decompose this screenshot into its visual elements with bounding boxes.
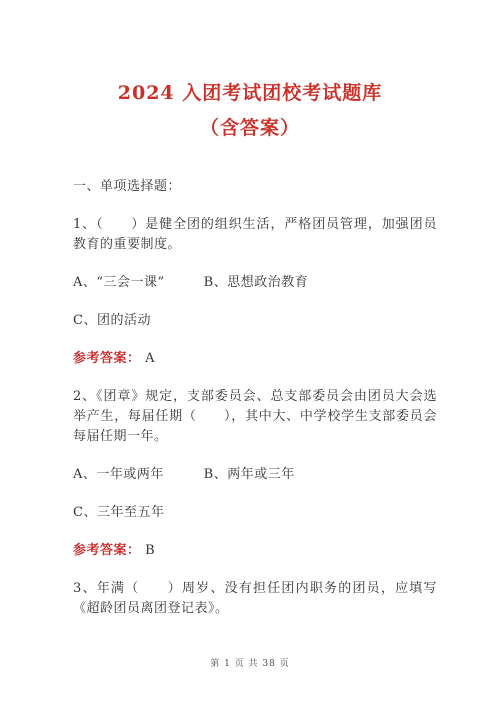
question-1-options-ab: A、“三会一课” B、思想政治教育 [73, 273, 437, 293]
question-1-option-c: C、团的活动 [73, 311, 437, 331]
question-2-option-c: C、三年至五年 [73, 503, 437, 523]
question-1-answer-label: 参考答案： [73, 351, 141, 366]
document-page: 2024 入团考试团校考试题库 （含答案） 一、单项选择题： 1、（ ）是健全团… [0, 0, 500, 707]
title-block: 2024 入团考试团校考试题库 （含答案） [0, 0, 500, 141]
section-heading: 一、单项选择题： [73, 177, 437, 197]
doc-subtitle: （含答案） [0, 115, 500, 141]
document-body: 一、单项选择题： 1、（ ）是健全团的组织生活，严格团员管理，加强团员教育的重要… [73, 177, 437, 619]
question-1-answer-row: 参考答案： A [73, 349, 437, 369]
question-1-text: 1、（ ）是健全团的组织生活，严格团员管理，加强团员教育的重要制度。 [73, 215, 437, 255]
question-1-option-a: A、“三会一课” [73, 273, 199, 293]
question-1-answer-value: A [145, 351, 155, 366]
page-footer: 第 1 页 共 38 页 [0, 658, 500, 670]
question-2-options-ab: A、一年或两年 B、两年或三年 [73, 465, 437, 485]
question-2-option-a: A、一年或两年 [73, 465, 199, 485]
question-2-answer-value: B [145, 543, 155, 558]
question-2-text: 2、《团章》规定，支部委员会、总支部委员会由团员大会选举产生，每届任期（ ），其… [73, 387, 437, 447]
question-2-answer-label: 参考答案： [73, 543, 141, 558]
question-1-option-b: B、思想政治教育 [204, 275, 309, 290]
question-2-answer-row: 参考答案： B [73, 541, 437, 561]
question-2-option-b: B、两年或三年 [204, 467, 295, 482]
question-3-text: 3、年满（ ）周岁、没有担任团内职务的团员，应填写《超龄团员离团登记表》。 [73, 579, 437, 619]
doc-title: 2024 入团考试团校考试题库 [0, 80, 500, 106]
